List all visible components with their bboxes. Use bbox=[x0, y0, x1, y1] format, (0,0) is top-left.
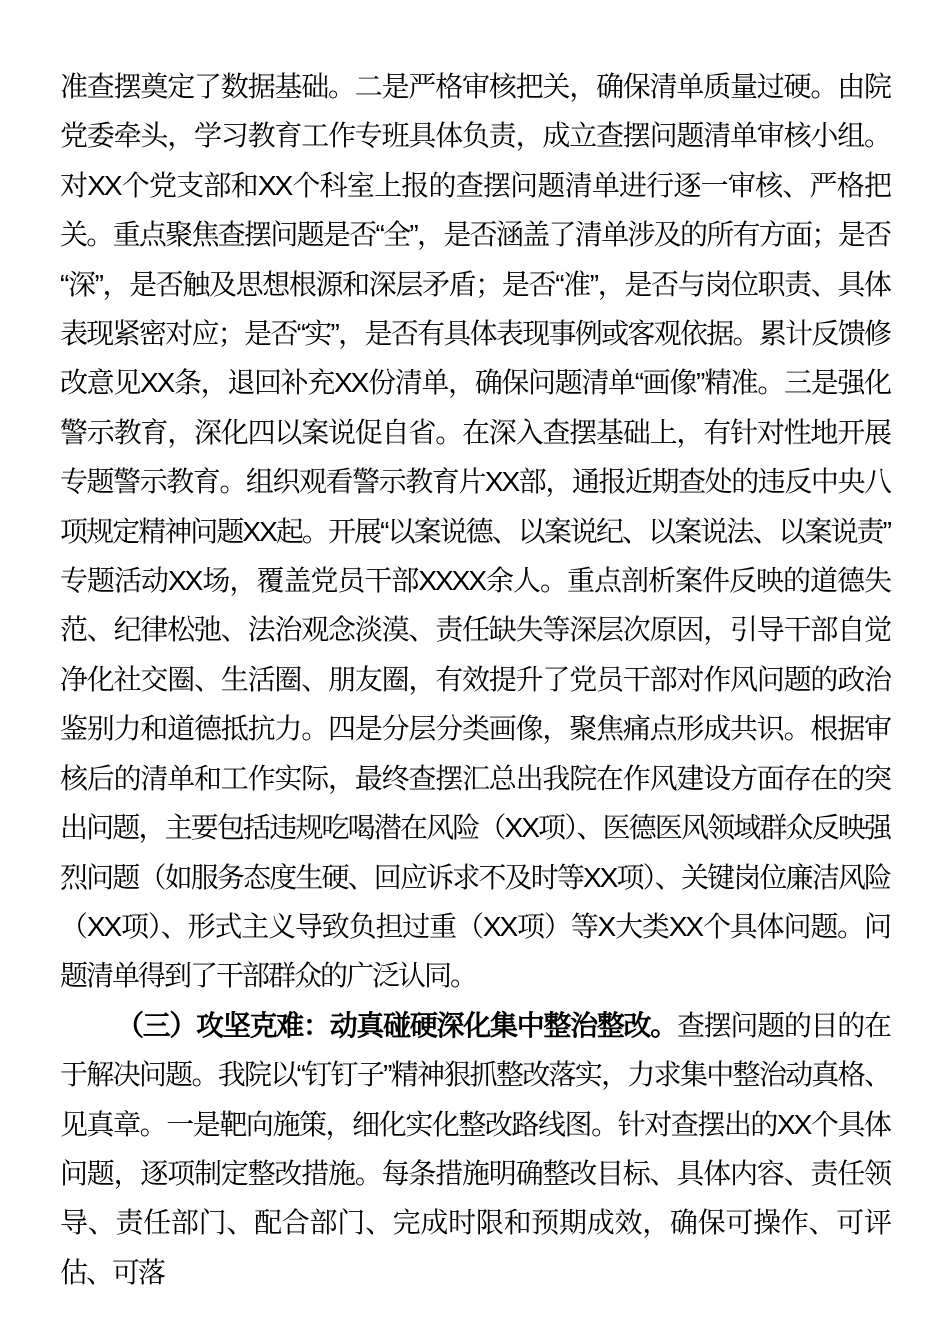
paragraph-section-three: （三）攻坚克难：动真碰硬深化集中整治整改。查摆问题的目的在于解决问题。我院以“钉… bbox=[60, 1001, 890, 1297]
paragraph-text: 准查摆奠定了数据基础。二是严格审核把关，确保清单质量过硬。由院党委牵头，学习教育… bbox=[60, 71, 890, 991]
paragraph-text: 查摆问题的目的在于解决问题。我院以“钉钉子”精神狠抓整改落实，力求集中整治动真格… bbox=[60, 1010, 890, 1288]
document-page: 准查摆奠定了数据基础。二是严格审核把关，确保清单质量过硬。由院党委牵头，学习教育… bbox=[0, 0, 950, 1344]
paragraph-continuation: 准查摆奠定了数据基础。二是严格审核把关，确保清单质量过硬。由院党委牵头，学习教育… bbox=[60, 62, 890, 1001]
section-heading-bold: （三）攻坚克难：动真碰硬深化集中整治整改。 bbox=[116, 1010, 677, 1041]
